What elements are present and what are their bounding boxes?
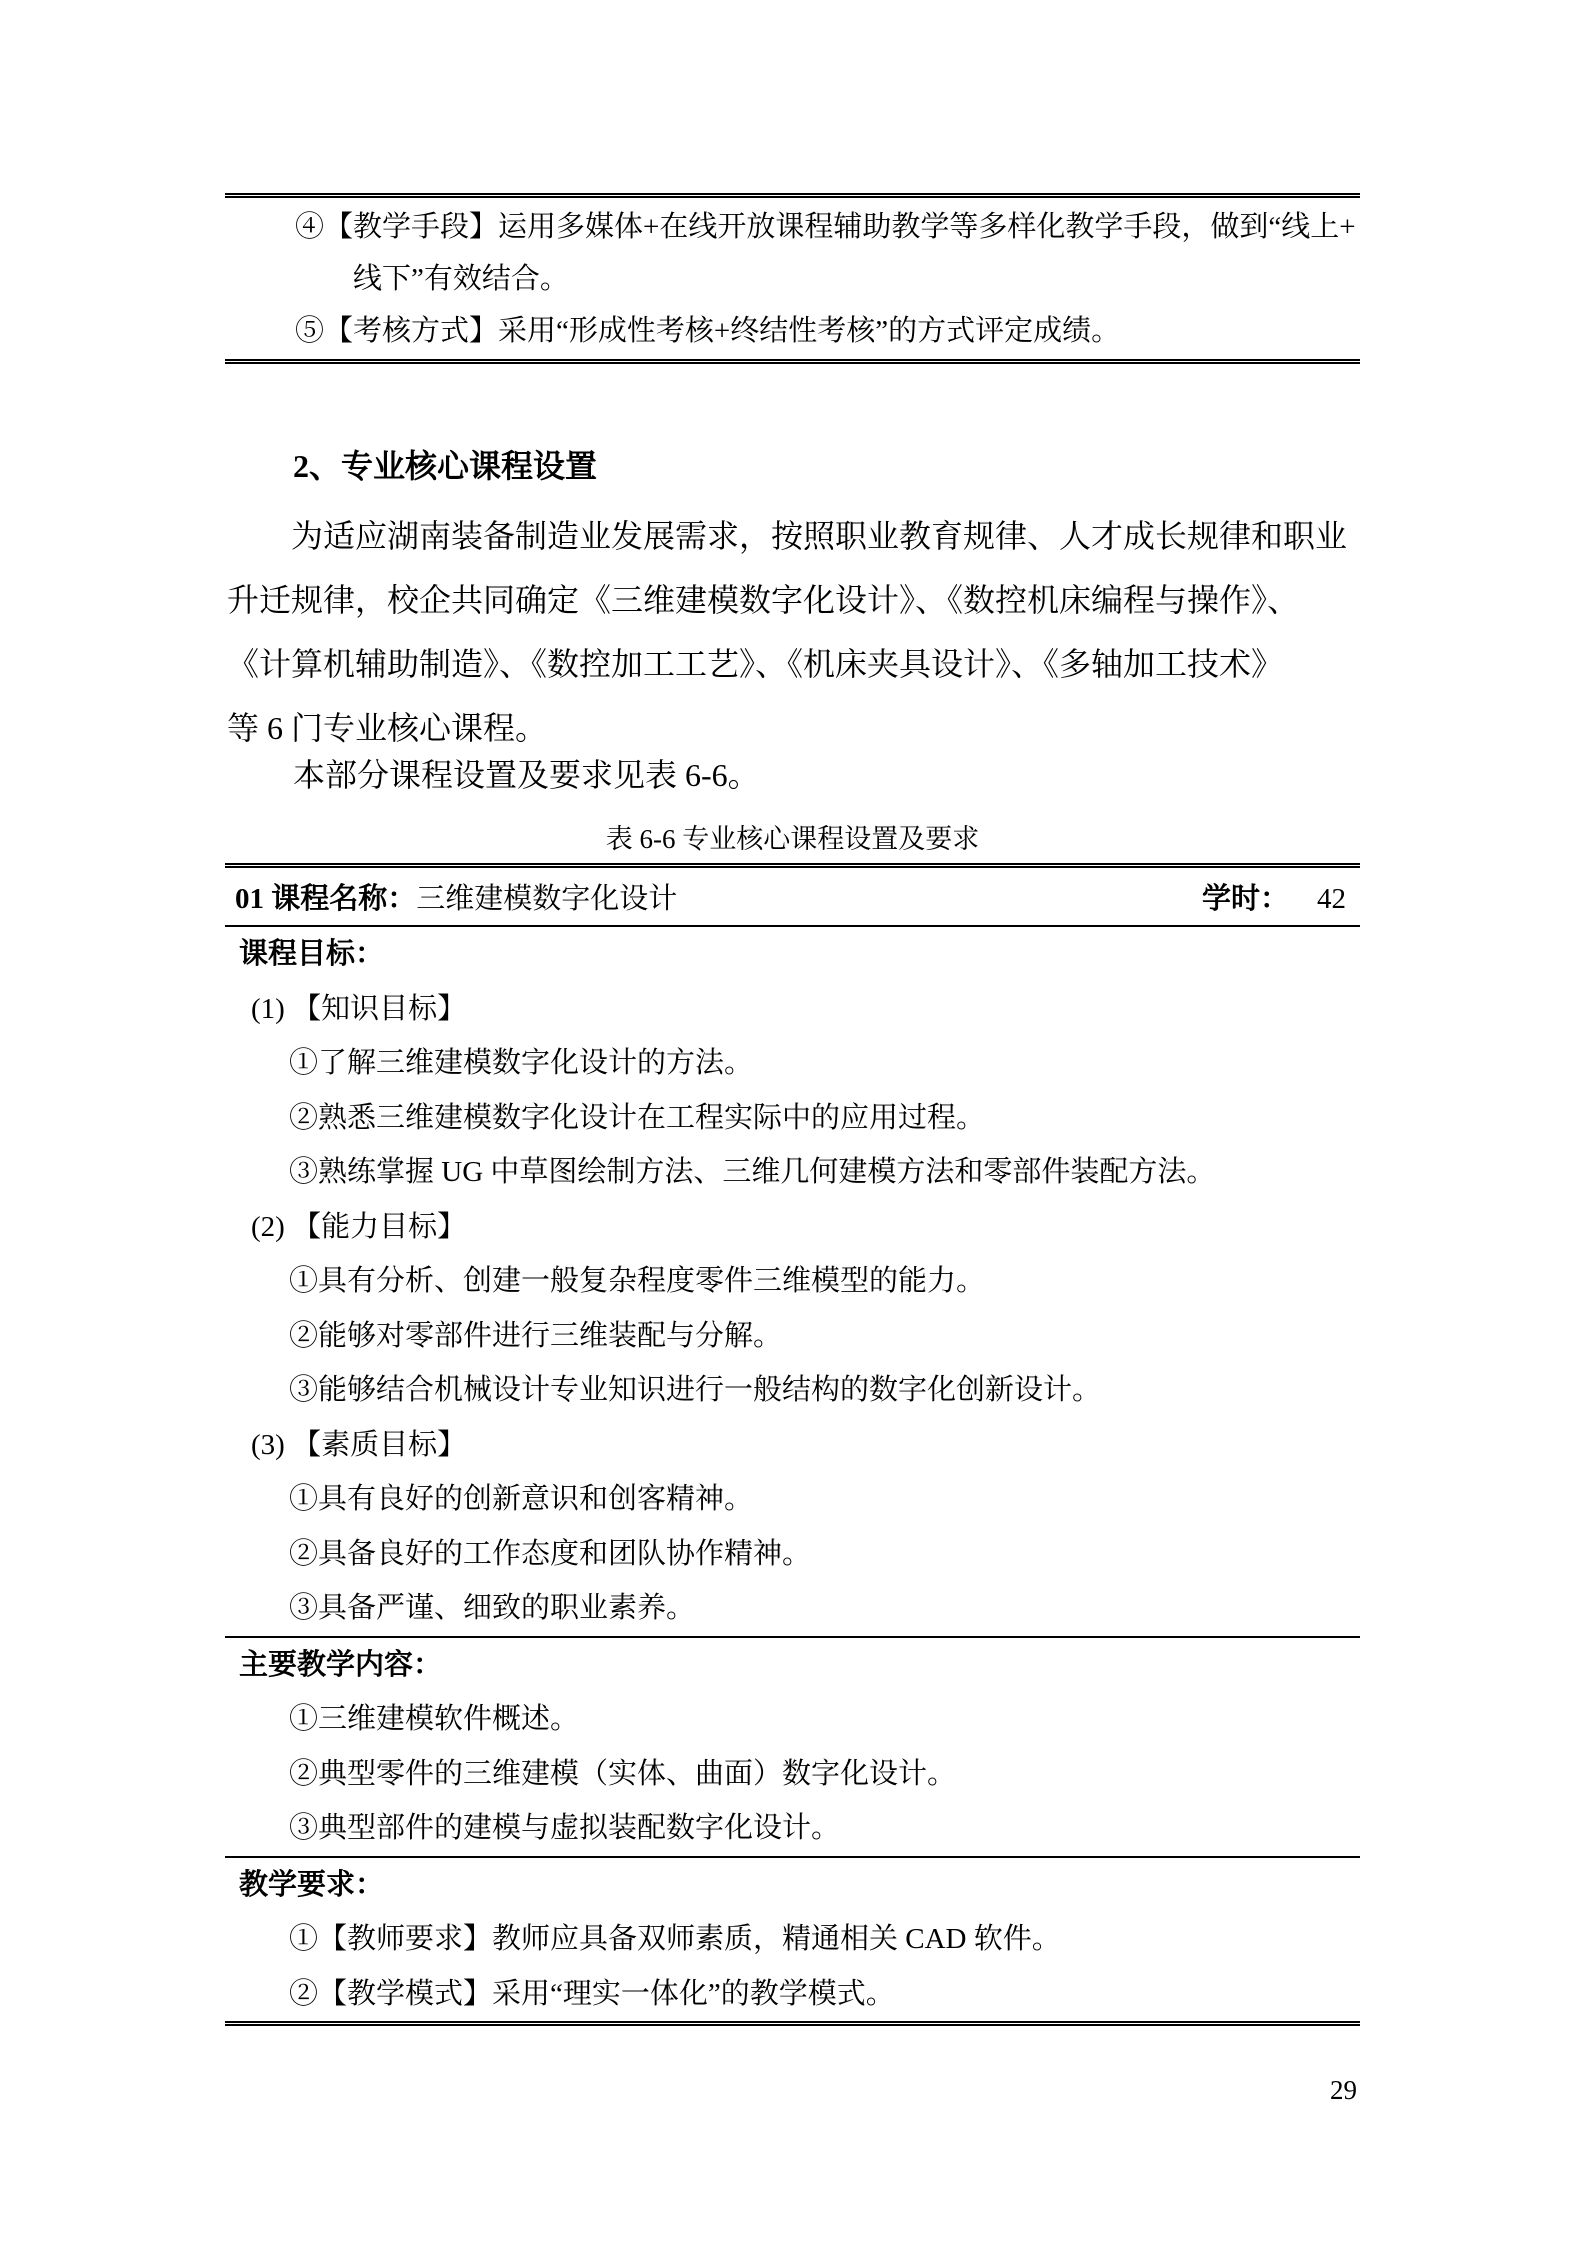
table-row: (1) 【知识目标】 [225,982,1360,1037]
table-row: ②具备良好的工作态度和团队协作精神。 [225,1527,1360,1582]
page-number: 29 [1330,2075,1357,2106]
paragraph-line: 为适应湖南装备制造业发展需求，按照职业教育规律、人才成长规律和职业 [227,504,1387,568]
table-row: (2) 【能力目标】 [225,1200,1360,1255]
table-row: (3) 【素质目标】 [225,1418,1360,1473]
table-row: ③具备严谨、细致的职业素养。 [225,1581,1360,1636]
table-row: ②典型零件的三维建模（实体、曲面）数字化设计。 [225,1747,1360,1802]
table-row: ①具有分析、创建一般复杂程度零件三维模型的能力。 [225,1254,1360,1309]
course-hours-cell: 学时：42 [1202,876,1346,917]
teaching-requirements-section: 教学要求： ①【教师要求】教师应具备双师素质，精通相关 CAD 软件。 ②【教学… [225,1858,1360,2022]
paragraph-line: 《计算机辅助制造》、《数控加工工艺》、《机床夹具设计》、《多轴加工技术》 [227,632,1387,696]
previous-table-fragment: ④【教学手段】运用多媒体+在线开放课程辅助教学等多样化教学手段，做到“线上+ 线… [225,193,1360,364]
teaching-content-title: 主要教学内容： [225,1638,1360,1693]
document-page: ④【教学手段】运用多媒体+在线开放课程辅助教学等多样化教学手段，做到“线上+ 线… [0,0,1587,2245]
fragment-line: ④【教学手段】运用多媒体+在线开放课程辅助教学等多样化教学手段，做到“线上+ [225,201,1360,253]
fragment-line: ⑤【考核方式】采用“形成性考核+终结性考核”的方式评定成绩。 [225,305,1360,357]
objectives-section: 课程目标： (1) 【知识目标】 ①了解三维建模数字化设计的方法。 ②熟悉三维建… [225,927,1360,1638]
followup-paragraph: 本部分课程设置及要求见表 6-6。 [293,750,760,796]
teaching-requirements-title: 教学要求： [225,1858,1360,1913]
course-header-row: 01 课程名称：三维建模数字化设计 学时：42 [225,868,1360,927]
objectives-title: 课程目标： [225,927,1360,982]
course-table: 01 课程名称：三维建模数字化设计 学时：42 课程目标： (1) 【知识目标】… [225,863,1360,2026]
table-caption: 表 6-6 专业核心课程设置及要求 [225,817,1360,856]
table-row: ③熟练掌握 UG 中草图绘制方法、三维几何建模方法和零部件装配方法。 [225,1145,1360,1200]
table-row: ③典型部件的建模与虚拟装配数字化设计。 [225,1801,1360,1856]
course-name: 三维建模数字化设计 [416,883,677,915]
table-row: ③能够结合机械设计专业知识进行一般结构的数字化创新设计。 [225,1363,1360,1418]
section-heading: 2、专业核心课程设置 [293,441,597,487]
paragraph-line: 升迁规律，校企共同确定《三维建模数字化设计》、《数控机床编程与操作》、 [227,568,1387,632]
table-row: ②能够对零部件进行三维装配与分解。 [225,1309,1360,1364]
teaching-content-section: 主要教学内容： ①三维建模软件概述。 ②典型零件的三维建模（实体、曲面）数字化设… [225,1638,1360,1858]
course-title-cell: 01 课程名称：三维建模数字化设计 [235,876,677,917]
intro-paragraph: 为适应湖南装备制造业发展需求，按照职业教育规律、人才成长规律和职业 升迁规律，校… [227,504,1387,760]
course-number-label: 01 课程名称： [235,883,416,915]
table-row: ②熟悉三维建模数字化设计在工程实际中的应用过程。 [225,1091,1360,1146]
hours-value: 42 [1317,883,1346,915]
fragment-line: 线下”有效结合。 [225,253,1360,305]
table-row: ②【教学模式】采用“理实一体化”的教学模式。 [225,1967,1360,2022]
hours-label: 学时： [1202,883,1289,915]
table-row: ①三维建模软件概述。 [225,1692,1360,1747]
table-row: ①【教师要求】教师应具备双师素质，精通相关 CAD 软件。 [225,1912,1360,1967]
table-row: ①具有良好的创新意识和创客精神。 [225,1472,1360,1527]
table-row: ①了解三维建模数字化设计的方法。 [225,1036,1360,1091]
